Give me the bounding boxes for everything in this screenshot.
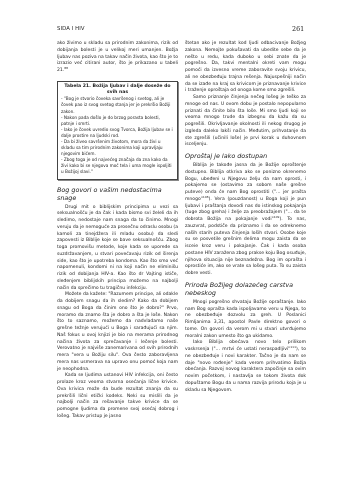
table-item: - Nakon pada došlo je do brzog porasta b… [61, 115, 174, 127]
body-paragraph: Drugi mit o biblijskim principima u vezi… [57, 205, 178, 293]
body-paragraph: Mnogi pogrešno shvataju Božije opraštanj… [185, 300, 306, 341]
body-paragraph: Iako Biblija obećava novo telo prilikom … [185, 340, 306, 394]
left-column: ako živimo u skladu sa prirodnim zakonim… [57, 41, 178, 421]
body-paragraph: Kada se ljudima ustanovi HIV infekcija, … [57, 373, 178, 420]
table-item: - "Bog je stvorio čoveka savršenog i sve… [61, 96, 174, 114]
intro-paragraph: ako živimo u skladu sa prirodnim zakonim… [57, 41, 178, 75]
table-item: - Zbog toga je od najvećeg značaja da zn… [61, 157, 174, 175]
body-paragraph: štetan ako je rezultat kod ljudi odbaciv… [185, 41, 306, 95]
footnote-ref: 88 [64, 66, 68, 70]
running-title: SIDA I HIV [57, 26, 85, 32]
section-heading: Oproštaj je lako dostupan [185, 152, 306, 160]
body-paragraph: Možete da kažete: "Razumem principe, ali… [57, 292, 178, 373]
body-paragraph: Biblija je takođe jasna da je Božije opr… [185, 163, 306, 278]
body-paragraph: Samo priznanje činjenja nečeg lošeg je t… [185, 95, 306, 149]
table-title: Tabela 21. Božija ljubav i dalje doseže … [61, 84, 174, 97]
section-heading: Bog govori o vašim nedostacima snage [57, 186, 178, 202]
table-item: - Da bi živeo savršenim životom, mora da… [61, 139, 174, 157]
table-21-box: Tabela 21. Božija ljubav i dalje doseže … [57, 81, 178, 180]
section-heading: Priroda Božijeg dolazećeg carstva nebesk… [185, 281, 306, 297]
page-number: 261 [292, 25, 304, 33]
table-item: - Iako je čovek uvredio svog Tvorca, Bož… [61, 127, 174, 139]
right-column: štetan ako je rezultat kod ljudi odbaciv… [185, 41, 306, 394]
